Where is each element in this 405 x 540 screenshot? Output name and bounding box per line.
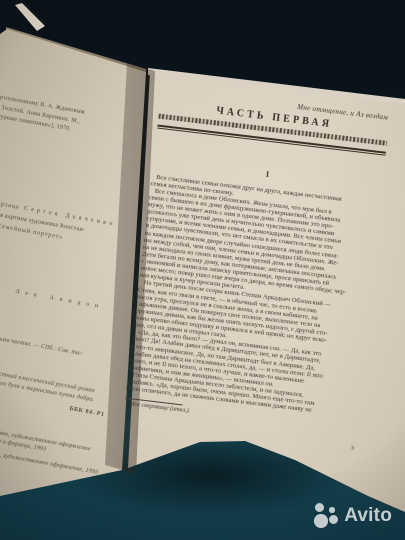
logo-circle [329,507,335,513]
logo-circle [315,503,324,512]
logo-circle [329,515,338,524]
photo-of-open-book: одготовленному В. А. ЖдановымН. Толстой.… [0,0,405,540]
right-page-content: Мне отмщение, и Аз воздам ЧАСТЬ ПЕРВАЯ I… [101,70,405,498]
avito-logo-icon [314,502,339,529]
signature-mark: 1* [123,422,130,430]
page-number: 3 [350,445,354,452]
logo-circle [314,514,328,528]
avito-watermark: Avito [314,502,392,529]
avito-brand-text: Avito [344,505,392,527]
body-text: Все счастливые семьи похожи друг на друг… [126,173,383,420]
